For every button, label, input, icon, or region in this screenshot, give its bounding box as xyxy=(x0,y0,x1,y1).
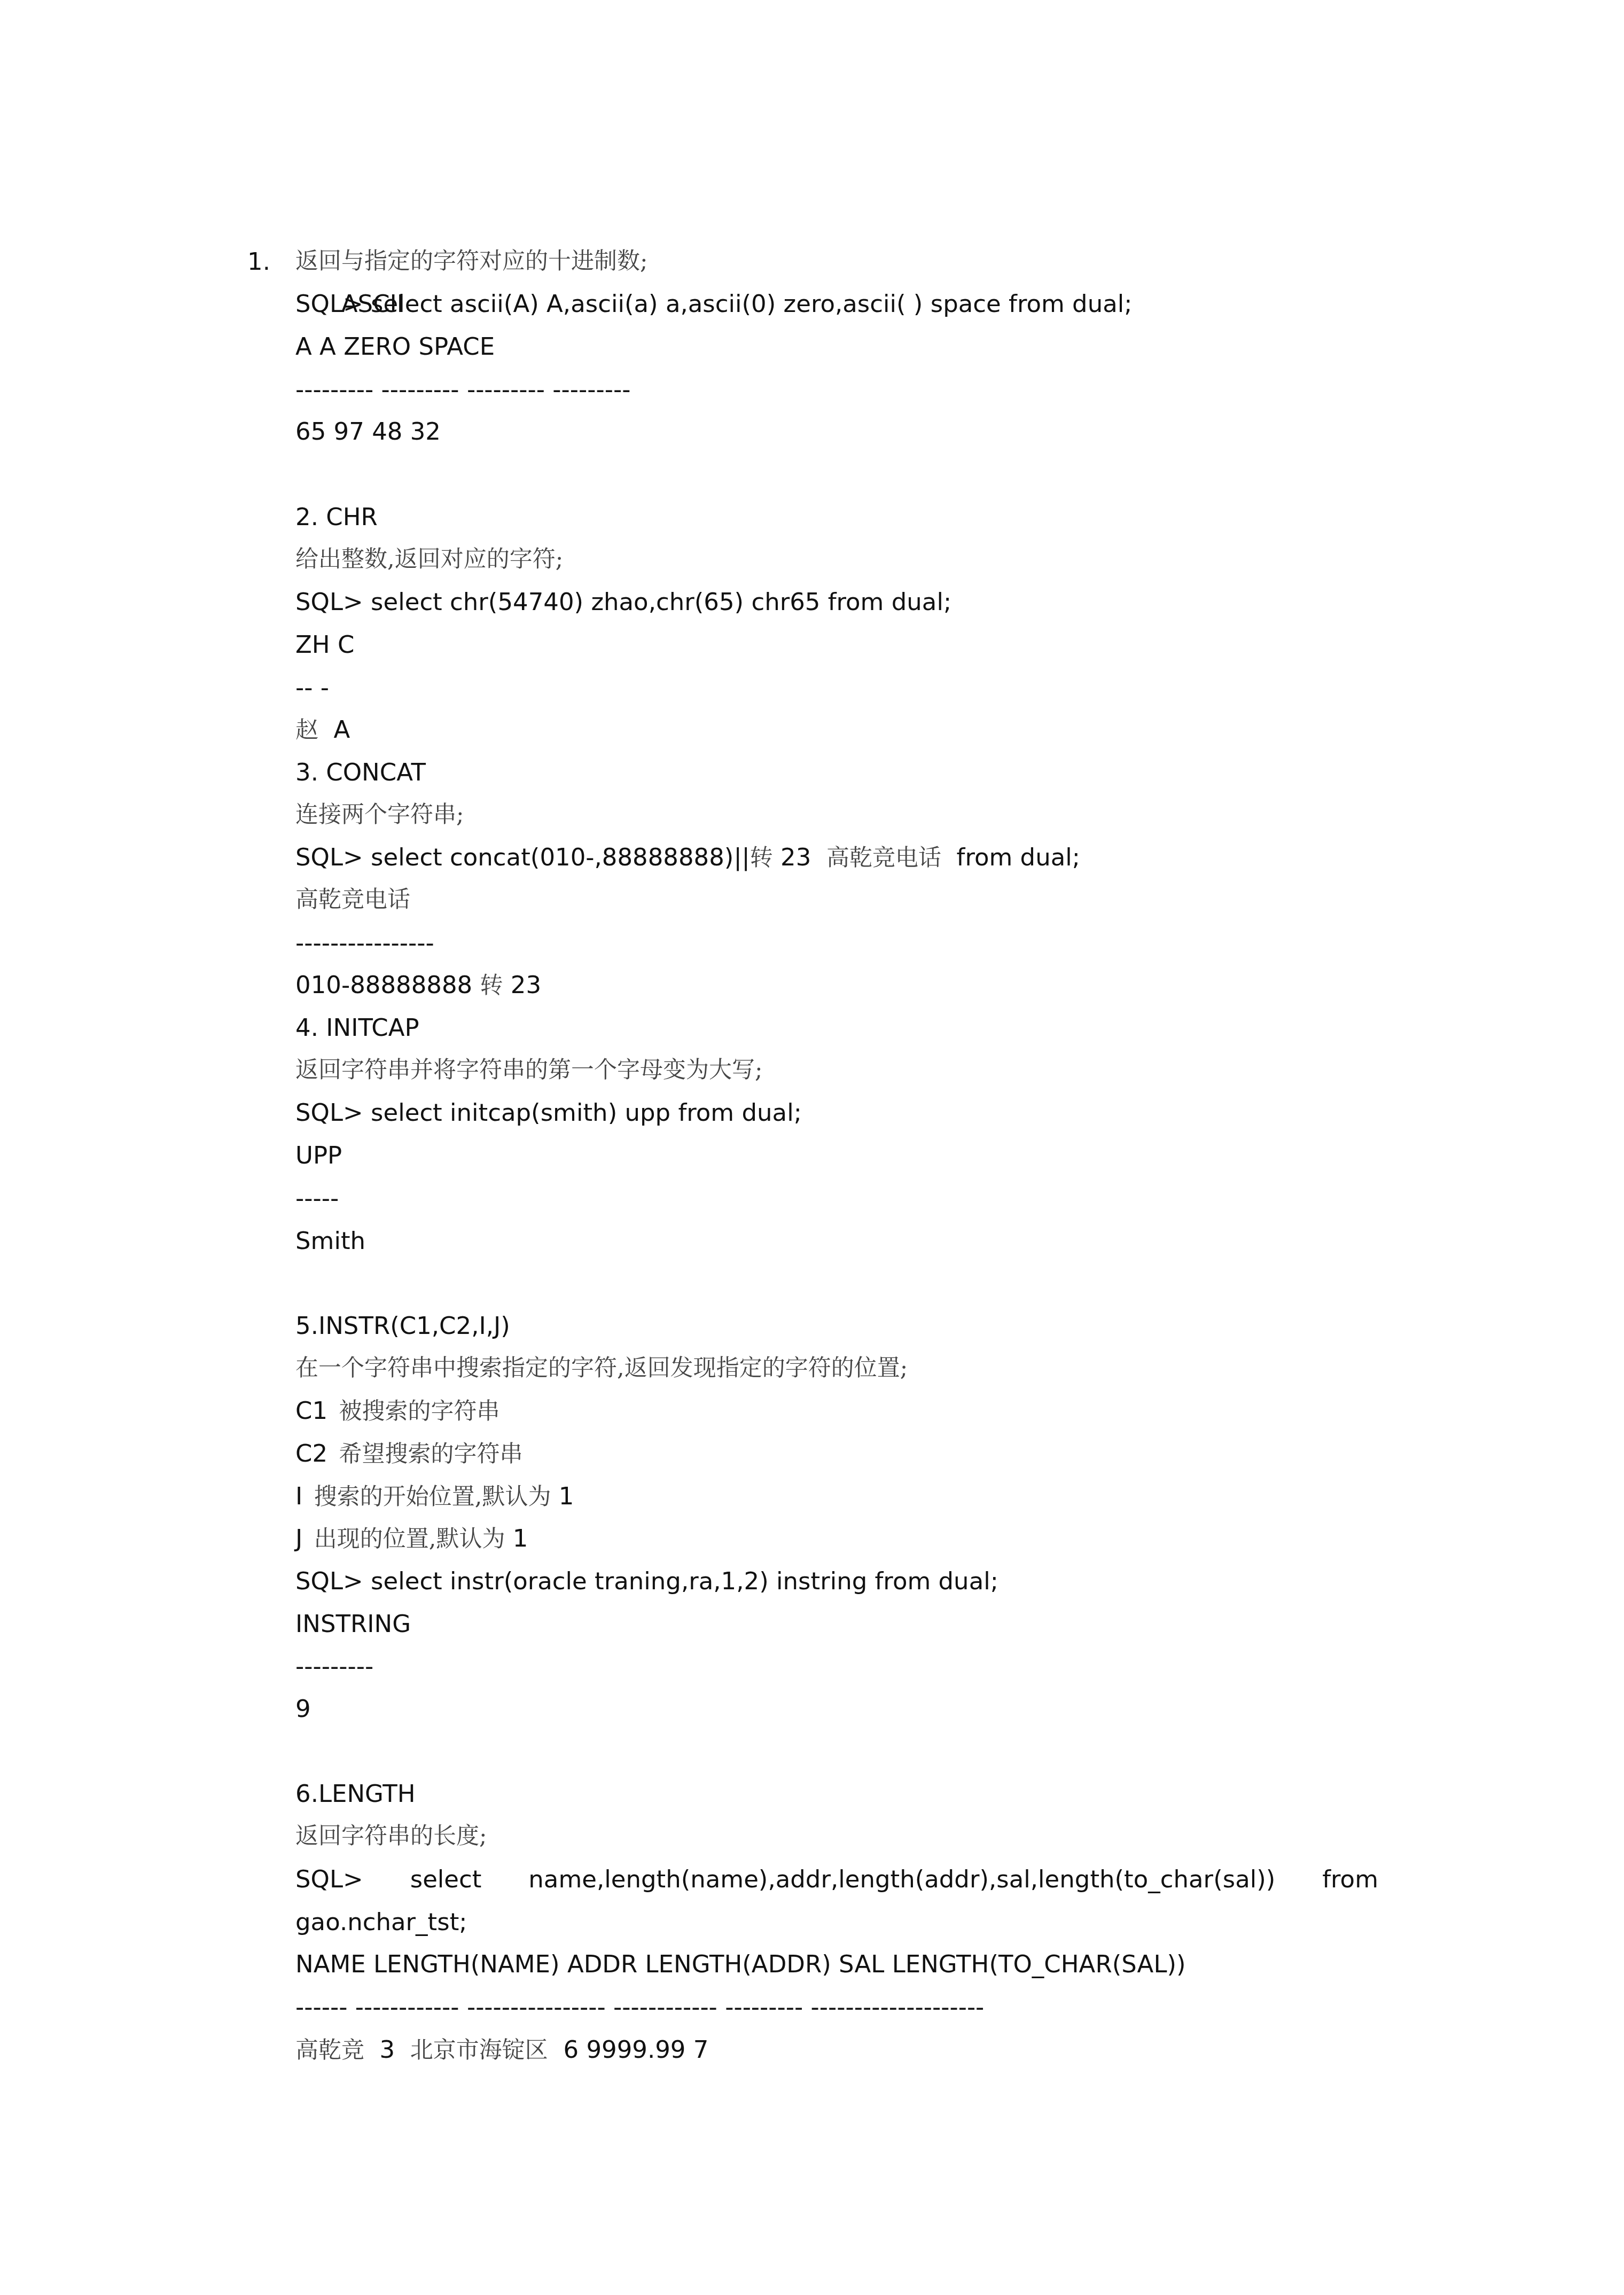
sql-statement: SQL> select ascii(A) A,ascii(a) a,ascii(… xyxy=(295,283,1378,325)
result-row: 010-88888888 转 23 xyxy=(295,964,1378,1006)
blank-line xyxy=(295,1730,1378,1773)
sql-part-cjk: 转 xyxy=(750,845,773,871)
sql-statement-line2: gao.nchar_tst; xyxy=(295,1901,1378,1943)
sql-word: select xyxy=(410,1865,482,1893)
section-heading-ascii: 1. ASCII xyxy=(295,198,1378,240)
section-title: 5.INSTR(C1,C2,I,J) xyxy=(295,1305,1378,1347)
param-row: C1 被搜索的字符串 xyxy=(295,1390,1378,1432)
result-separator: --------- xyxy=(295,1645,1378,1688)
result-separator: --------- --------- --------- --------- xyxy=(295,368,1378,411)
param-desc: 出现的位置,默认为 xyxy=(302,1526,505,1552)
sql-word: SQL> xyxy=(295,1865,363,1893)
section-title: 3. CONCAT xyxy=(295,751,1378,794)
section-title: 2. CHR xyxy=(295,496,1378,538)
section-description: 给出整数,返回对应的字符; xyxy=(295,538,1378,581)
result-header: INSTRING xyxy=(295,1603,1378,1645)
blank-line xyxy=(295,453,1378,496)
sql-part-cjk: 高乾竞电话 xyxy=(826,845,941,871)
result-cell-len-name: 3 xyxy=(364,2035,410,2064)
section-title: 6.LENGTH xyxy=(295,1773,1378,1815)
sql-part: from dual; xyxy=(941,843,1080,871)
result-cell-name: 高乾竞 xyxy=(295,2037,364,2064)
param-value: 1 xyxy=(505,1524,528,1552)
result-cell-cjk: 赵 xyxy=(295,717,318,744)
param-name: C2 xyxy=(295,1439,327,1467)
section-description: 返回字符串的长度; xyxy=(295,1815,1378,1858)
result-cell: A xyxy=(318,715,350,744)
result-row: 赵 A xyxy=(295,708,1378,751)
section-title: 4. INITCAP xyxy=(295,1006,1378,1049)
result-row: 65 97 48 32 xyxy=(295,410,1378,453)
param-name: J xyxy=(295,1524,302,1552)
document-body: 1. ASCII 返回与指定的字符对应的十进制数; SQL> select as… xyxy=(295,198,1378,2071)
param-desc: 被搜索的字符串 xyxy=(327,1398,500,1425)
result-separator: -- - xyxy=(295,666,1378,709)
param-desc: 希望搜索的字符串 xyxy=(327,1441,523,1467)
blank-line xyxy=(295,1262,1378,1305)
result-header: NAME LENGTH(NAME) ADDR LENGTH(ADDR) SAL … xyxy=(295,1943,1378,1986)
list-number: 1. xyxy=(247,240,270,283)
sql-statement: SQL> select concat(010-,88888888)||转 23 … xyxy=(295,836,1378,879)
param-row: I 搜索的开始位置,默认为 1 xyxy=(295,1475,1378,1518)
sql-statement-line1: SQL> select name,length(name),addr,lengt… xyxy=(295,1858,1378,1901)
param-name: C1 xyxy=(295,1396,327,1425)
section-description: 连接两个字符串; xyxy=(295,794,1378,837)
result-header: ZH C xyxy=(295,623,1378,666)
sql-statement: SQL> select initcap(smith) upp from dual… xyxy=(295,1091,1378,1134)
sql-word: name,length(name),addr,length(addr),sal,… xyxy=(528,1865,1275,1893)
sql-part: 23 xyxy=(773,843,826,871)
param-row: C2 希望搜索的字符串 xyxy=(295,1432,1378,1475)
param-desc: 搜索的开始位置,默认为 xyxy=(302,1484,551,1510)
result-header: A A ZERO SPACE xyxy=(295,325,1378,368)
section-description: 返回字符串并将字符串的第一个字母变为大写; xyxy=(295,1049,1378,1092)
result-cell: 010-88888888 xyxy=(295,971,480,999)
section-description: 在一个字符串中搜索指定的字符,返回发现指定的字符的位置; xyxy=(295,1347,1378,1390)
sql-part: SQL> select concat(010-,88888888)|| xyxy=(295,843,750,871)
result-header: UPP xyxy=(295,1134,1378,1177)
result-header: 高乾竞电话 xyxy=(295,879,1378,922)
param-value: 1 xyxy=(551,1482,574,1510)
param-name: I xyxy=(295,1482,302,1510)
result-row: Smith xyxy=(295,1220,1378,1262)
sql-statement: SQL> select chr(54740) zhao,chr(65) chr6… xyxy=(295,581,1378,623)
result-separator: ---------------- xyxy=(295,922,1378,964)
result-separator: ----- xyxy=(295,1177,1378,1220)
sql-statement: SQL> select instr(oracle traning,ra,1,2)… xyxy=(295,1560,1378,1603)
sql-word: from xyxy=(1322,1865,1378,1893)
section-description: 返回与指定的字符对应的十进制数; xyxy=(295,240,1378,283)
result-row: 9 xyxy=(295,1688,1378,1730)
result-cell-cjk: 转 xyxy=(480,972,503,999)
result-cell-addr: 北京市海锭区 xyxy=(410,2037,548,2064)
section-title: ASCII xyxy=(341,290,404,318)
result-separator: ------ ------------ ---------------- ---… xyxy=(295,1986,1378,2028)
result-cell: 23 xyxy=(503,971,541,999)
param-row: J 出现的位置,默认为 1 xyxy=(295,1517,1378,1560)
document-page: 1. ASCII 返回与指定的字符对应的十进制数; SQL> select as… xyxy=(0,0,1624,2295)
result-cell-rest: 6 9999.99 7 xyxy=(548,2035,709,2064)
result-row: 高乾竞 3 北京市海锭区 6 9999.99 7 xyxy=(295,2028,1378,2071)
